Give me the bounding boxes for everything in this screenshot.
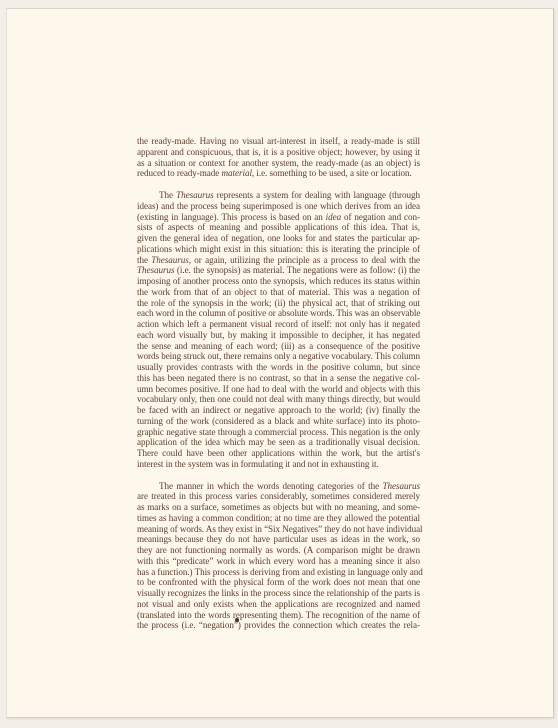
paragraph: the ready-made. Having no visual art-int…	[137, 136, 420, 179]
text-line: the Thesaurus, or again, utilizing the p…	[137, 255, 420, 266]
text-line: they are not functioning normally as wor…	[137, 545, 420, 556]
body-text: the ready-made. Having no visual art-int…	[137, 136, 420, 642]
text-line: action which left a permanent visual rec…	[137, 319, 420, 330]
text-line: given the general idea of negation, one …	[137, 233, 420, 244]
text-line: to be confronted with the physical form …	[137, 577, 420, 588]
text-line: with this “predicate” work in which ever…	[137, 556, 420, 567]
text-line: visually recognizes the links in the pro…	[137, 588, 420, 599]
text-line: each word visually but, by making it imp…	[137, 330, 420, 341]
text-line: times as having a common condition; at n…	[137, 513, 420, 524]
text-line: ideas) and the process being superimpose…	[137, 201, 420, 212]
text-line: the role of the synopsis in the work; (i…	[137, 298, 420, 309]
text-line: interest in the system was in formulatin…	[137, 459, 420, 470]
text-line: has a function.) This process is derivin…	[137, 567, 420, 578]
text-line: as marks on a surface, sometimes as obje…	[137, 502, 420, 513]
text-line: usually provides contrasts with the word…	[137, 362, 420, 373]
text-line: the sense and meaning of each word; (iii…	[137, 341, 420, 352]
text-line: reduced to ready-made material, i.e. som…	[137, 168, 420, 179]
paragraph: The manner in which the words denoting c…	[137, 481, 420, 632]
text-line: turning of the work (considered as a bla…	[137, 416, 420, 427]
text-line: the process (i.e. “negation”) provides t…	[137, 620, 420, 631]
text-line: the work from that of an object to that …	[137, 287, 420, 298]
page-marker-dot	[235, 618, 239, 622]
text-line: apparent and conspicuous, that is, it is…	[137, 147, 420, 158]
text-line: vocabulary only, then one could not deal…	[137, 394, 420, 405]
text-line: are treated in this process varies consi…	[137, 491, 420, 502]
text-line: this has been negated there is no contra…	[137, 373, 420, 384]
text-line: sists of aspects of meaning and possible…	[137, 222, 420, 233]
text-line: application of the idea which may be see…	[137, 437, 420, 448]
text-line: meaning of words. As they exist in “Six …	[137, 524, 420, 535]
text-line: umn becomes positive. If one had to deal…	[137, 384, 420, 395]
text-line: as a situation or context for another sy…	[137, 158, 420, 169]
text-line: The Thesaurus represents a system for de…	[137, 190, 420, 201]
text-line: Thesaurus (i.e. the synopsis) as materia…	[137, 265, 420, 276]
paragraph: The Thesaurus represents a system for de…	[137, 190, 420, 470]
text-line: (translated into the words representing …	[137, 610, 420, 621]
text-line: words being struck out, there remains on…	[137, 351, 420, 362]
text-line: graphic negative state through a commerc…	[137, 427, 420, 438]
text-line: not visual and only exists when the appl…	[137, 599, 420, 610]
text-line: imposing of another process onto the syn…	[137, 276, 420, 287]
text-line: plications which might exist in this sit…	[137, 244, 420, 255]
text-line: There could have been other applications…	[137, 448, 420, 459]
text-line: (existing in language). This process is …	[137, 212, 420, 223]
text-line: the ready-made. Having no visual art-int…	[137, 136, 420, 147]
text-line: each word in the column of positive or a…	[137, 308, 420, 319]
text-line: be faced with an indirect or negative ap…	[137, 405, 420, 416]
page-paper: the ready-made. Having no visual art-int…	[6, 8, 554, 718]
text-line: The manner in which the words denoting c…	[137, 481, 420, 492]
text-line: meanings because they do not have partic…	[137, 534, 420, 545]
